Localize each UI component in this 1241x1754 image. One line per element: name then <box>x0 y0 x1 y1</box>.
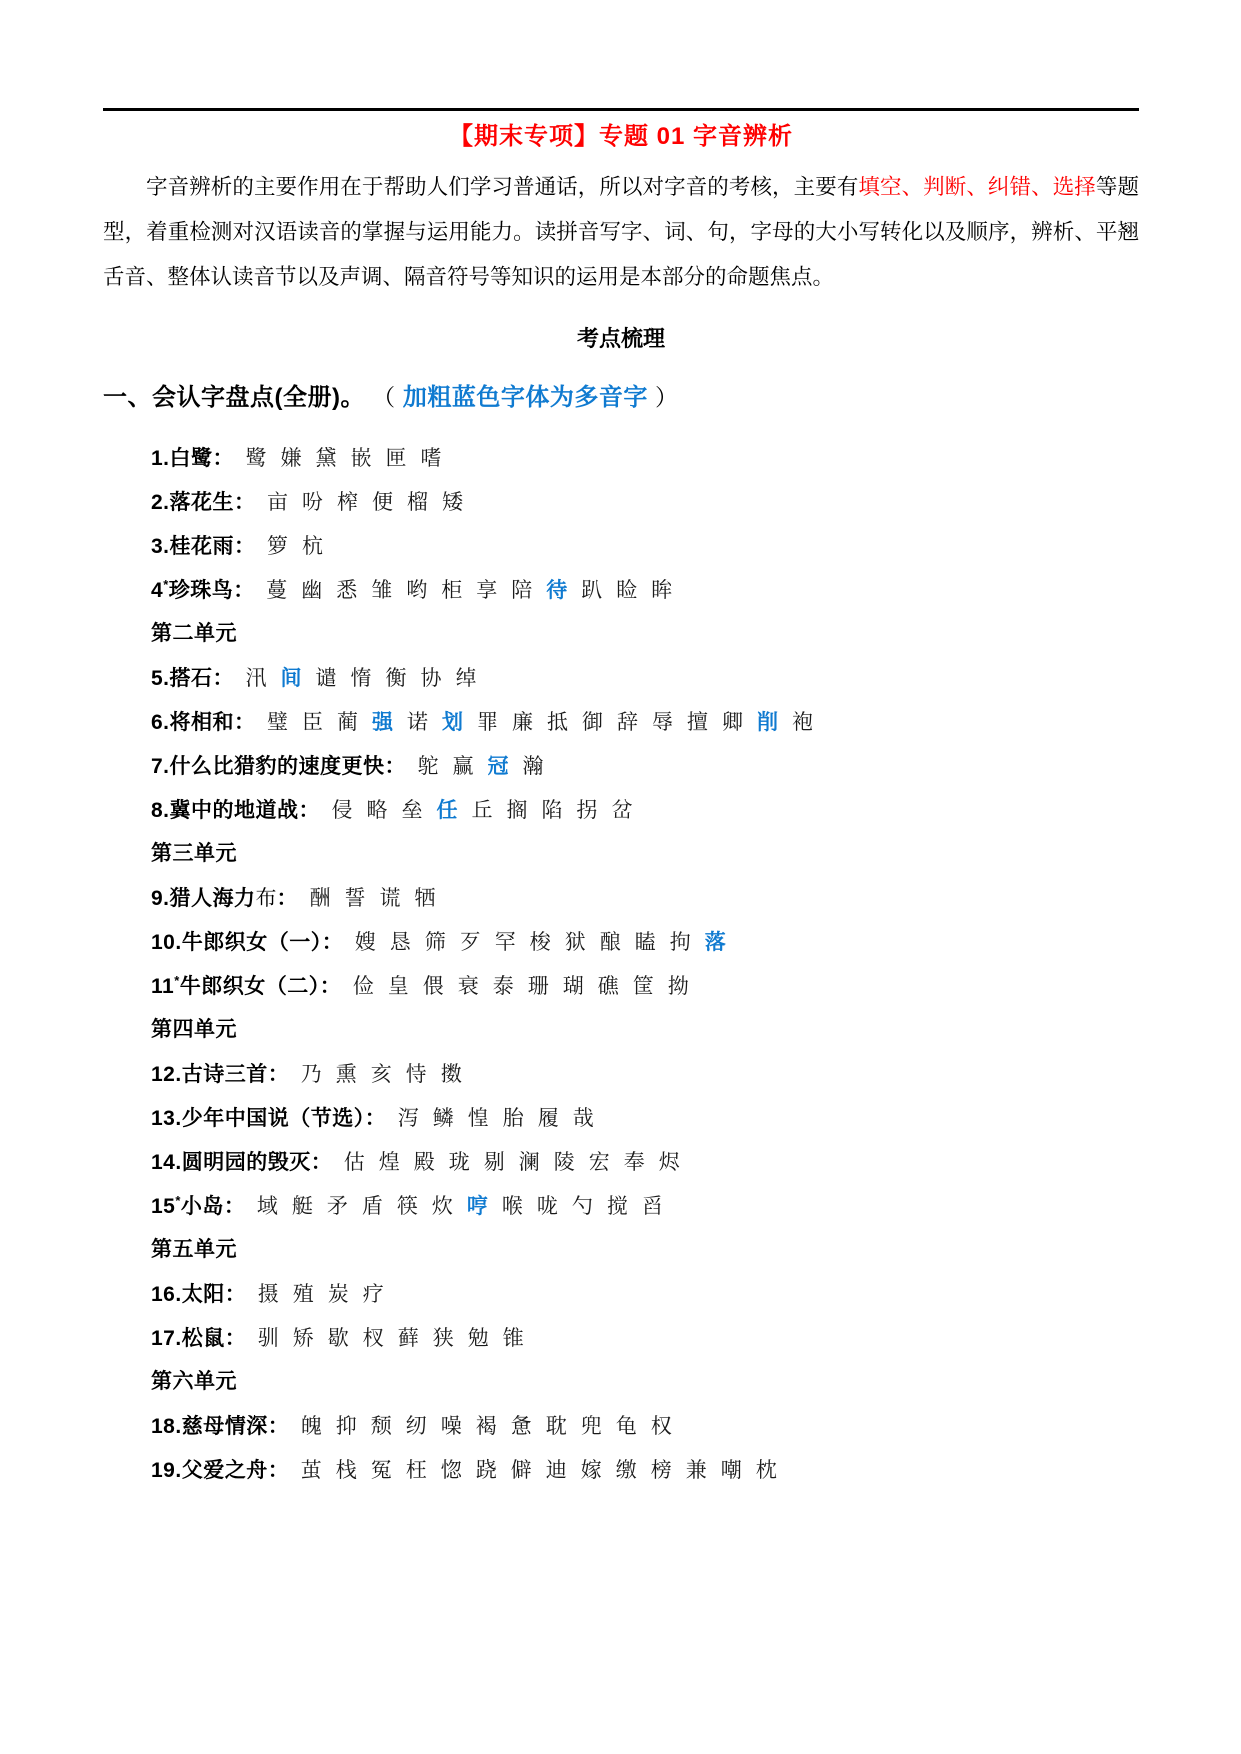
hanzi-char: 牺 <box>415 876 436 920</box>
hanzi-char: 嫁 <box>581 1448 602 1492</box>
lesson-colon: ： <box>234 491 255 514</box>
exam-points-heading: 考点梳理 <box>103 322 1139 353</box>
intro-segment: 字音辨析的主要作用在于帮助人们学习普通话，所以对字音的考核，主要有 <box>146 175 858 199</box>
hanzi-char: 狱 <box>565 920 586 964</box>
hanzi-char: 梭 <box>530 920 551 964</box>
hanzi-char: 侵 <box>332 788 353 832</box>
lesson-label: 11*牛郎织女（二） <box>151 975 320 998</box>
lesson-asterisk: * <box>174 973 180 988</box>
hanzi-char: 瀚 <box>523 744 544 788</box>
hanzi-char: 冤 <box>371 1448 392 1492</box>
lesson-row: 7.什么比猎豹的速度更快：鸵赢冠瀚 <box>151 744 1139 788</box>
lesson-label: 12.古诗三首 <box>151 1063 268 1086</box>
hanzi-char: 绰 <box>456 656 477 700</box>
hanzi-char: 拘 <box>670 920 691 964</box>
hanzi-char: 蔓 <box>266 568 287 612</box>
hanzi-char: 耽 <box>546 1404 567 1448</box>
hanzi-char: 嵌 <box>351 436 372 480</box>
hanzi-char: 藓 <box>398 1316 419 1360</box>
lesson-row: 4*珍珠鸟：蔓幽悉雏哟柜享陪待趴睑眸 <box>151 568 1139 612</box>
hanzi-char: 驯 <box>258 1316 279 1360</box>
hanzi-char: 炊 <box>432 1184 453 1228</box>
section-1-title: 一、会认字盘点(全册)。 <box>103 384 365 411</box>
hanzi-char: 抵 <box>547 700 568 744</box>
hanzi-char: 惫 <box>511 1404 532 1448</box>
lesson-colon: ： <box>224 1195 245 1218</box>
hanzi-char: 殿 <box>414 1140 435 1184</box>
hanzi-char: 炭 <box>328 1272 349 1316</box>
lesson-row: 1.白鹭：鹭嫌黛嵌匣嗜 <box>151 436 1139 480</box>
lesson-row: 16.太阳：摄殖炭疗 <box>151 1272 1139 1316</box>
hanzi-char: 乃 <box>301 1052 322 1096</box>
hanzi-char: 熏 <box>336 1052 357 1096</box>
hanzi-char: 宏 <box>589 1140 610 1184</box>
hanzi-char: 跷 <box>476 1448 497 1492</box>
hanzi-char: 剔 <box>484 1140 505 1184</box>
hanzi-char-polyphone: 削 <box>757 701 778 745</box>
hanzi-char: 胎 <box>503 1096 524 1140</box>
hanzi-char: 雏 <box>371 568 392 612</box>
lesson-asterisk: * <box>175 1193 181 1208</box>
lesson-label: 14.圆明园的毁灭 <box>151 1151 311 1174</box>
unit-header: 第四单元 <box>151 1008 1139 1052</box>
hanzi-char: 嫌 <box>281 436 302 480</box>
hanzi-char: 惰 <box>351 656 372 700</box>
hanzi-char: 舀 <box>642 1184 663 1228</box>
hanzi-char: 蔺 <box>337 700 358 744</box>
hanzi-char: 亥 <box>371 1052 392 1096</box>
lesson-colon: ： <box>365 1107 386 1130</box>
lesson-label: 6.将相和 <box>151 711 234 734</box>
hanzi-char: 噪 <box>441 1404 462 1448</box>
hanzi-char: 便 <box>372 480 393 524</box>
lesson-colon: ： <box>299 799 320 822</box>
hanzi-char: 瑚 <box>563 964 584 1008</box>
hanzi-char: 僻 <box>511 1448 532 1492</box>
lesson-row: 10.牛郎织女（一）：嫂恳筛歹罕梭狱酿瞌拘落 <box>151 920 1139 964</box>
hanzi-char: 榨 <box>337 480 358 524</box>
unit-header: 第六单元 <box>151 1360 1139 1404</box>
hanzi-char: 兜 <box>581 1404 602 1448</box>
hanzi-char: 卿 <box>722 700 743 744</box>
intro-segment-red: 填空、判断、纠错、选择 <box>858 175 1095 199</box>
hanzi-char: 璧 <box>267 700 288 744</box>
hanzi-char: 谎 <box>380 876 401 920</box>
hanzi-char: 衰 <box>458 964 479 1008</box>
hanzi-char: 权 <box>651 1404 672 1448</box>
hanzi-char: 陪 <box>511 568 532 612</box>
hanzi-char: 奉 <box>624 1140 645 1184</box>
hanzi-char: 喉 <box>502 1184 523 1228</box>
section-1-heading: 一、会认字盘点(全册)。 （ 加粗蓝色字体为多音字 ） <box>103 377 1139 412</box>
hanzi-char: 酿 <box>600 920 621 964</box>
hanzi-char: 享 <box>476 568 497 612</box>
hanzi-char-polyphone: 待 <box>546 569 567 613</box>
hanzi-char: 泻 <box>398 1096 419 1140</box>
hanzi-char: 偎 <box>423 964 444 1008</box>
hanzi-char-polyphone: 划 <box>442 701 463 745</box>
hanzi-char: 缴 <box>616 1448 637 1492</box>
hanzi-char: 龟 <box>616 1404 637 1448</box>
note-paren-close: ） <box>655 385 679 410</box>
hanzi-char: 珊 <box>528 964 549 1008</box>
hanzi-char: 睑 <box>616 568 637 612</box>
hanzi-char: 赢 <box>453 744 474 788</box>
hanzi-char-polyphone: 任 <box>437 789 458 833</box>
hanzi-char: 艇 <box>292 1184 313 1228</box>
hanzi-char: 匣 <box>386 436 407 480</box>
lesson-row: 6.将相和：璧臣蔺强诺划罪廉抵御辞辱擅卿削袍 <box>151 700 1139 744</box>
lesson-row: 3.桂花雨：箩杭 <box>151 524 1139 568</box>
hanzi-char: 矫 <box>293 1316 314 1360</box>
lesson-label: 8.冀中的地道战 <box>151 799 299 822</box>
hanzi-char: 幽 <box>301 568 322 612</box>
lesson-colon: ： <box>234 535 255 558</box>
hanzi-char: 岔 <box>612 788 633 832</box>
hanzi-char: 略 <box>367 788 388 832</box>
lesson-row: 19.父爱之舟：茧栈冤枉惚跷僻迪嫁缴榜兼嘲枕 <box>151 1448 1139 1492</box>
hanzi-char: 陵 <box>554 1140 575 1184</box>
hanzi-char: 杈 <box>363 1316 384 1360</box>
hanzi-char: 垒 <box>402 788 423 832</box>
hanzi-char: 哉 <box>573 1096 594 1140</box>
hanzi-char: 嫂 <box>355 920 376 964</box>
lesson-label: 1.白鹭 <box>151 447 213 470</box>
lesson-label: 2.落花生 <box>151 491 234 514</box>
hanzi-char: 茧 <box>301 1448 322 1492</box>
hanzi-char-polyphone: 间 <box>281 657 302 701</box>
hanzi-char: 筷 <box>397 1184 418 1228</box>
hanzi-char-polyphone: 哼 <box>467 1185 488 1229</box>
hanzi-char: 协 <box>421 656 442 700</box>
hanzi-char: 哟 <box>406 568 427 612</box>
lesson-label: 10.牛郎织女（一） <box>151 931 322 954</box>
hanzi-char: 丘 <box>472 788 493 832</box>
lesson-label: 13.少年中国说（节选） <box>151 1107 365 1130</box>
lesson-row: 13.少年中国说（节选）：泻鳞惶胎履哉 <box>151 1096 1139 1140</box>
hanzi-char: 嗜 <box>421 436 442 480</box>
lesson-row: 5.搭石：汛间谴惰衡协绰 <box>151 656 1139 700</box>
lesson-colon: ： <box>385 755 406 778</box>
hanzi-char: 擞 <box>441 1052 462 1096</box>
hanzi-char: 罕 <box>495 920 516 964</box>
lesson-colon: ： <box>225 1283 246 1306</box>
lesson-list: 1.白鹭：鹭嫌黛嵌匣嗜2.落花生：亩吩榨便榴矮3.桂花雨：箩杭4*珍珠鸟：蔓幽悉… <box>103 436 1139 1492</box>
hanzi-char-polyphone: 冠 <box>488 745 509 789</box>
lesson-colon: ： <box>268 1459 289 1482</box>
hanzi-char: 誓 <box>345 876 366 920</box>
hanzi-char: 辱 <box>652 700 673 744</box>
hanzi-char: 鹭 <box>246 436 267 480</box>
unit-header: 第三单元 <box>151 832 1139 876</box>
intro-paragraph: 字音辨析的主要作用在于帮助人们学习普通话，所以对字音的考核，主要有填空、判断、纠… <box>103 165 1139 300</box>
hanzi-char: 筐 <box>633 964 654 1008</box>
hanzi-char: 柜 <box>441 568 462 612</box>
lesson-colon: ： <box>268 1063 289 1086</box>
hanzi-char: 礁 <box>598 964 619 1008</box>
hanzi-char: 域 <box>257 1184 278 1228</box>
lesson-colon: ： <box>213 667 234 690</box>
hanzi-char: 鸵 <box>418 744 439 788</box>
hanzi-char: 御 <box>582 700 603 744</box>
hanzi-char: 悉 <box>336 568 357 612</box>
lesson-label: 4*珍珠鸟 <box>151 579 233 602</box>
hanzi-char: 皇 <box>388 964 409 1008</box>
hanzi-char: 魄 <box>301 1404 322 1448</box>
hanzi-char: 陷 <box>542 788 563 832</box>
lesson-label: 16.太阳 <box>151 1283 225 1306</box>
lesson-row: 9.猎人海力布：酬誓谎牺 <box>151 876 1139 920</box>
hanzi-char: 臣 <box>302 700 323 744</box>
hanzi-char: 锥 <box>503 1316 524 1360</box>
lesson-row: 8.冀中的地道战：侵略垒任丘搁陷拐岔 <box>151 788 1139 832</box>
hanzi-char: 袍 <box>792 700 813 744</box>
hanzi-char: 澜 <box>519 1140 540 1184</box>
lesson-row: 2.落花生：亩吩榨便榴矮 <box>151 480 1139 524</box>
hanzi-char: 诺 <box>407 700 428 744</box>
hanzi-char: 汛 <box>246 656 267 700</box>
hanzi-char: 勺 <box>572 1184 593 1228</box>
hanzi-char: 瞌 <box>635 920 656 964</box>
hanzi-char: 搅 <box>607 1184 628 1228</box>
lesson-colon: ： <box>277 887 298 910</box>
hanzi-char: 歇 <box>328 1316 349 1360</box>
page-title: 【期末专项】专题 01 字音辨析 <box>103 116 1139 151</box>
hanzi-char: 鳞 <box>433 1096 454 1140</box>
hanzi-char: 抑 <box>336 1404 357 1448</box>
hanzi-char: 估 <box>344 1140 365 1184</box>
hanzi-char: 勉 <box>468 1316 489 1360</box>
lesson-label: 18.慈母情深 <box>151 1415 268 1438</box>
lesson-label: 17.松鼠 <box>151 1327 225 1350</box>
hanzi-char-polyphone: 强 <box>372 701 393 745</box>
lesson-row: 17.松鼠：驯矫歇杈藓狭勉锥 <box>151 1316 1139 1360</box>
lesson-label-normal: 布 <box>256 886 277 910</box>
hanzi-char: 衡 <box>386 656 407 700</box>
hanzi-char: 黛 <box>316 436 337 480</box>
hanzi-char: 嘲 <box>721 1448 742 1492</box>
hanzi-char: 摄 <box>258 1272 279 1316</box>
unit-header: 第二单元 <box>151 612 1139 656</box>
lesson-row: 14.圆明园的毁灭：估煌殿珑剔澜陵宏奉烬 <box>151 1140 1139 1184</box>
hanzi-char-polyphone: 落 <box>705 921 726 965</box>
lesson-colon: ： <box>268 1415 289 1438</box>
lesson-colon: ： <box>225 1327 246 1350</box>
hanzi-char: 搁 <box>507 788 528 832</box>
hanzi-char: 栈 <box>336 1448 357 1492</box>
lesson-colon: ： <box>311 1151 332 1174</box>
lesson-label: 9.猎人海力 <box>151 887 256 910</box>
note-paren-open: （ <box>372 385 396 410</box>
hanzi-char: 榴 <box>407 480 428 524</box>
hanzi-char: 俭 <box>353 964 374 1008</box>
hanzi-char: 迪 <box>546 1448 567 1492</box>
hanzi-char: 惶 <box>468 1096 489 1140</box>
hanzi-char: 烬 <box>659 1140 680 1184</box>
lesson-label: 19.父爱之舟 <box>151 1459 268 1482</box>
lesson-colon: ： <box>234 711 255 734</box>
hanzi-char: 榜 <box>651 1448 672 1492</box>
hanzi-char: 亩 <box>267 480 288 524</box>
lesson-colon: ： <box>233 579 254 602</box>
hanzi-char: 杭 <box>302 524 323 568</box>
lesson-row: 15*小岛：域艇矛盾筷炊哼喉咙勺搅舀 <box>151 1184 1139 1228</box>
hanzi-char: 咙 <box>537 1184 558 1228</box>
lesson-row: 12.古诗三首：乃熏亥恃擞 <box>151 1052 1139 1096</box>
hanzi-char: 擅 <box>687 700 708 744</box>
hanzi-char: 罪 <box>477 700 498 744</box>
lesson-colon: ： <box>322 931 343 954</box>
hanzi-char: 珑 <box>449 1140 470 1184</box>
hanzi-char: 眸 <box>651 568 672 612</box>
hanzi-char: 枉 <box>406 1448 427 1492</box>
lesson-label: 3.桂花雨 <box>151 535 234 558</box>
hanzi-char: 矮 <box>442 480 463 524</box>
hanzi-char: 恃 <box>406 1052 427 1096</box>
lesson-label: 5.搭石 <box>151 667 213 690</box>
hanzi-char: 褐 <box>476 1404 497 1448</box>
lesson-label: 7.什么比猎豹的速度更快 <box>151 755 385 778</box>
hanzi-char: 辞 <box>617 700 638 744</box>
hanzi-char: 盾 <box>362 1184 383 1228</box>
hanzi-char: 矛 <box>327 1184 348 1228</box>
hanzi-char: 廉 <box>512 700 533 744</box>
unit-header: 第五单元 <box>151 1228 1139 1272</box>
hanzi-char: 颓 <box>371 1404 392 1448</box>
hanzi-char: 吩 <box>302 480 323 524</box>
hanzi-char: 纫 <box>406 1404 427 1448</box>
polyphone-note: 加粗蓝色字体为多音字 <box>403 384 648 411</box>
lesson-row: 11*牛郎织女（二）：俭皇偎衰泰珊瑚礁筐拗 <box>151 964 1139 1008</box>
hanzi-char: 殖 <box>293 1272 314 1316</box>
hanzi-char: 谴 <box>316 656 337 700</box>
hanzi-char: 拗 <box>668 964 689 1008</box>
lesson-asterisk: * <box>163 577 169 592</box>
hanzi-char: 歹 <box>460 920 481 964</box>
hanzi-char: 惚 <box>441 1448 462 1492</box>
lesson-colon: ： <box>213 447 234 470</box>
lesson-row: 18.慈母情深：魄抑颓纫噪褐惫耽兜龟权 <box>151 1404 1139 1448</box>
lesson-colon: ： <box>320 975 341 998</box>
header-rule <box>103 108 1139 111</box>
hanzi-char: 煌 <box>379 1140 400 1184</box>
document-page: 【期末专项】专题 01 字音辨析 字音辨析的主要作用在于帮助人们学习普通话，所以… <box>103 0 1139 1492</box>
hanzi-char: 狭 <box>433 1316 454 1360</box>
hanzi-char: 兼 <box>686 1448 707 1492</box>
hanzi-char: 拐 <box>577 788 598 832</box>
hanzi-char: 恳 <box>390 920 411 964</box>
hanzi-char: 泰 <box>493 964 514 1008</box>
hanzi-char: 枕 <box>756 1448 777 1492</box>
hanzi-char: 履 <box>538 1096 559 1140</box>
hanzi-char: 筛 <box>425 920 446 964</box>
hanzi-char: 箩 <box>267 524 288 568</box>
hanzi-char: 酬 <box>310 876 331 920</box>
hanzi-char: 趴 <box>581 568 602 612</box>
hanzi-char: 疗 <box>363 1272 384 1316</box>
lesson-label: 15*小岛 <box>151 1195 224 1218</box>
